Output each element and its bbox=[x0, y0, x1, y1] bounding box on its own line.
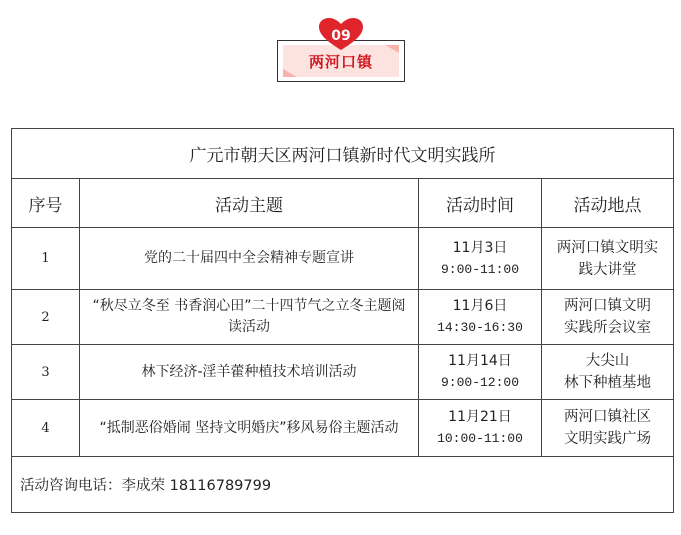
header-index: 序号 bbox=[12, 179, 80, 228]
header-topic: 活动主题 bbox=[80, 179, 419, 228]
row-place-line1: 大尖山 bbox=[548, 350, 667, 372]
row-date: 11月14日 bbox=[419, 350, 541, 372]
row-place-line1: 两河口镇文明 bbox=[548, 295, 667, 317]
row-time: 11月3日 9:00-11:00 bbox=[419, 228, 542, 290]
table-title-row: 广元市朝天区两河口镇新时代文明实践所 bbox=[12, 129, 674, 179]
row-time: 11月14日 9:00-12:00 bbox=[419, 345, 542, 400]
header-place: 活动地点 bbox=[542, 179, 674, 228]
row-place-line1: 两河口镇社区 bbox=[548, 406, 667, 428]
row-index: 1 bbox=[12, 228, 80, 290]
row-index: 4 bbox=[12, 400, 80, 457]
row-time: 11月21日 10:00-11:00 bbox=[419, 400, 542, 457]
section-number: 09 bbox=[318, 28, 364, 44]
row-place-line2: 实践所会议室 bbox=[548, 317, 667, 339]
row-index: 3 bbox=[12, 345, 80, 400]
table-row: 4 “抵制恶俗婚闹 坚持文明婚庆”移风易俗主题活动 11月21日 10:00-1… bbox=[12, 400, 674, 457]
row-time: 11月6日 14:30-16:30 bbox=[419, 290, 542, 345]
contact-info: 活动咨询电话：李成荣 18116789799 bbox=[12, 457, 674, 513]
row-place: 大尖山 林下种植基地 bbox=[542, 345, 674, 400]
row-time-range: 14:30-16:30 bbox=[419, 317, 541, 339]
town-name: 两河口镇 bbox=[278, 51, 404, 72]
row-topic: 党的二十届四中全会精神专题宣讲 bbox=[80, 228, 419, 290]
row-date: 11月21日 bbox=[419, 406, 541, 428]
row-topic: “秋尽立冬至 书香润心田”二十四节气之立冬主题阅读活动 bbox=[80, 290, 419, 345]
row-topic: “抵制恶俗婚闹 坚持文明婚庆”移风易俗主题活动 bbox=[80, 400, 419, 457]
row-time-range: 9:00-12:00 bbox=[419, 372, 541, 394]
table-row: 3 林下经济-淫羊藿种植技术培训活动 11月14日 9:00-12:00 大尖山… bbox=[12, 345, 674, 400]
heart-number-badge: 09 bbox=[318, 18, 364, 50]
row-index: 2 bbox=[12, 290, 80, 345]
row-date: 11月6日 bbox=[419, 295, 541, 317]
activity-schedule-table: 广元市朝天区两河口镇新时代文明实践所 序号 活动主题 活动时间 活动地点 1 党… bbox=[11, 128, 674, 513]
contact-row: 活动咨询电话：李成荣 18116789799 bbox=[12, 457, 674, 513]
header-time: 活动时间 bbox=[419, 179, 542, 228]
table-row: 1 党的二十届四中全会精神专题宣讲 11月3日 9:00-11:00 两河口镇文… bbox=[12, 228, 674, 290]
row-place: 两河口镇文明实 践大讲堂 bbox=[542, 228, 674, 290]
row-place-line2: 林下种植基地 bbox=[548, 372, 667, 394]
row-place-line2: 践大讲堂 bbox=[548, 259, 667, 281]
row-place-line1: 两河口镇文明实 bbox=[548, 237, 667, 259]
table-header-row: 序号 活动主题 活动时间 活动地点 bbox=[12, 179, 674, 228]
row-place-line2: 文明实践广场 bbox=[548, 428, 667, 450]
row-place: 两河口镇文明 实践所会议室 bbox=[542, 290, 674, 345]
row-topic: 林下经济-淫羊藿种植技术培训活动 bbox=[80, 345, 419, 400]
row-time-range: 10:00-11:00 bbox=[419, 428, 541, 450]
table-title: 广元市朝天区两河口镇新时代文明实践所 bbox=[12, 129, 674, 179]
row-date: 11月3日 bbox=[419, 237, 541, 259]
row-place: 两河口镇社区 文明实践广场 bbox=[542, 400, 674, 457]
row-time-range: 9:00-11:00 bbox=[419, 259, 541, 281]
table-row: 2 “秋尽立冬至 书香润心田”二十四节气之立冬主题阅读活动 11月6日 14:3… bbox=[12, 290, 674, 345]
